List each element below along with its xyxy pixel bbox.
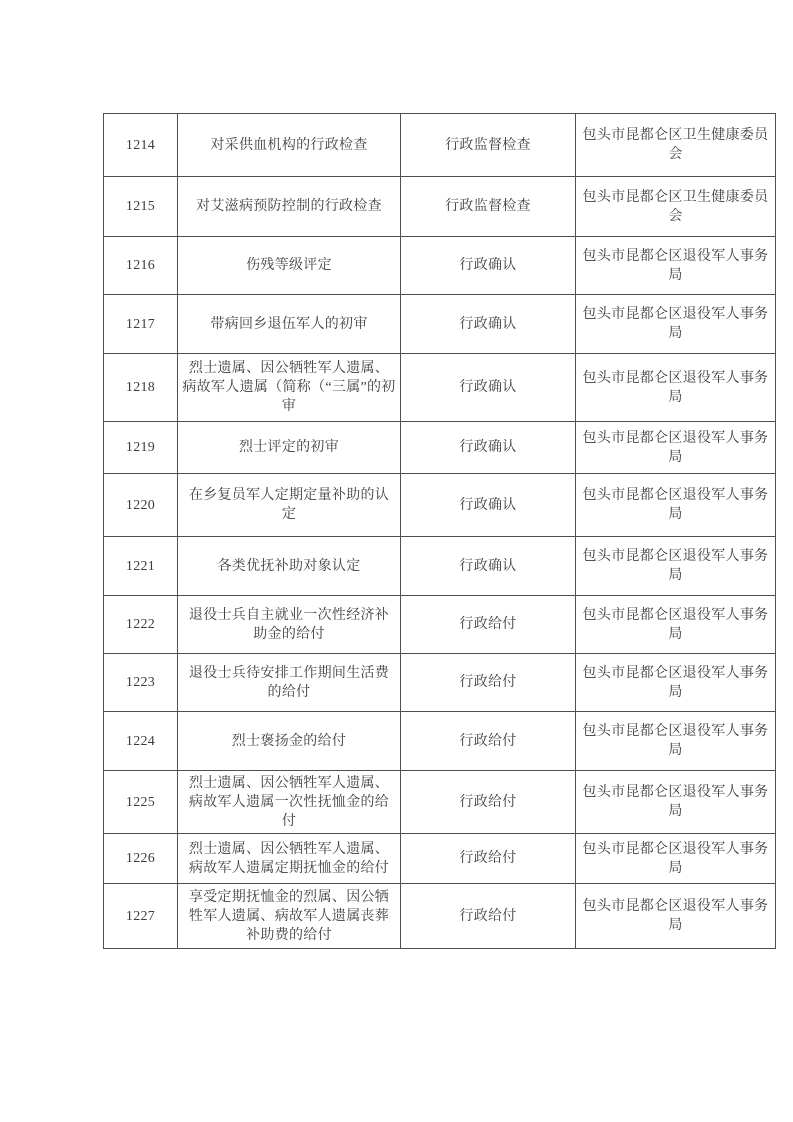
cell-item-type: 行政确认 [401,354,576,422]
cell-item-number: 1217 [104,295,178,354]
cell-implementing-agency: 包头市昆都仑区退役军人事务局 [576,537,776,596]
cell-item-type: 行政确认 [401,474,576,537]
cell-item-name: 烈士遗属、因公牺牲军人遗属、病故军人遗属（简称（“三属”的初审 [178,354,401,422]
cell-item-number: 1224 [104,712,178,771]
table-row: 1222退役士兵自主就业一次性经济补助金的给付行政给付包头市昆都仑区退役军人事务… [104,596,776,654]
cell-item-name: 对艾滋病预防控制的行政检查 [178,177,401,237]
cell-item-name: 退役士兵自主就业一次性经济补助金的给付 [178,596,401,654]
table-body: 1214对采供血机构的行政检查行政监督检查包头市昆都仑区卫生健康委员会1215对… [104,114,776,949]
administrative-items-table: 1214对采供血机构的行政检查行政监督检查包头市昆都仑区卫生健康委员会1215对… [103,113,776,949]
cell-item-type: 行政监督检查 [401,114,576,177]
cell-item-name: 对采供血机构的行政检查 [178,114,401,177]
cell-item-number: 1221 [104,537,178,596]
cell-implementing-agency: 包头市昆都仑区退役军人事务局 [576,354,776,422]
cell-implementing-agency: 包头市昆都仑区退役军人事务局 [576,712,776,771]
cell-item-type: 行政给付 [401,712,576,771]
table-row: 1216伤残等级评定行政确认包头市昆都仑区退役军人事务局 [104,237,776,295]
table-row: 1226烈士遗属、因公牺牲军人遗属、病故军人遗属定期抚恤金的给付行政给付包头市昆… [104,834,776,884]
table-row: 1223退役士兵待安排工作期间生活费的给付行政给付包头市昆都仑区退役军人事务局 [104,654,776,712]
cell-item-name: 伤残等级评定 [178,237,401,295]
cell-item-type: 行政确认 [401,237,576,295]
cell-item-number: 1222 [104,596,178,654]
table-row: 1225烈士遗属、因公牺牲军人遗属、病故军人遗属一次性抚恤金的给付行政给付包头市… [104,771,776,834]
table-row: 1227享受定期抚恤金的烈属、因公牺牲军人遗属、病故军人遗属丧葬补助费的给付行政… [104,884,776,949]
cell-item-type: 行政给付 [401,834,576,884]
cell-implementing-agency: 包头市昆都仑区退役军人事务局 [576,654,776,712]
cell-implementing-agency: 包头市昆都仑区退役军人事务局 [576,771,776,834]
cell-item-name: 退役士兵待安排工作期间生活费的给付 [178,654,401,712]
table-row: 1217带病回乡退伍军人的初审行政确认包头市昆都仑区退役军人事务局 [104,295,776,354]
cell-item-name: 在乡复员军人定期定量补助的认定 [178,474,401,537]
cell-item-number: 1216 [104,237,178,295]
cell-implementing-agency: 包头市昆都仑区退役军人事务局 [576,295,776,354]
cell-item-type: 行政监督检查 [401,177,576,237]
cell-item-name: 烈士褒扬金的给付 [178,712,401,771]
table-row: 1224烈士褒扬金的给付行政给付包头市昆都仑区退役军人事务局 [104,712,776,771]
cell-implementing-agency: 包头市昆都仑区退役军人事务局 [576,596,776,654]
cell-item-number: 1225 [104,771,178,834]
cell-item-name: 带病回乡退伍军人的初审 [178,295,401,354]
cell-item-name: 享受定期抚恤金的烈属、因公牺牲军人遗属、病故军人遗属丧葬补助费的给付 [178,884,401,949]
cell-item-number: 1219 [104,422,178,474]
cell-implementing-agency: 包头市昆都仑区退役军人事务局 [576,834,776,884]
cell-item-type: 行政给付 [401,884,576,949]
table-row: 1214对采供血机构的行政检查行政监督检查包头市昆都仑区卫生健康委员会 [104,114,776,177]
table-row: 1220在乡复员军人定期定量补助的认定行政确认包头市昆都仑区退役军人事务局 [104,474,776,537]
cell-item-name: 烈士遗属、因公牺牲军人遗属、病故军人遗属一次性抚恤金的给付 [178,771,401,834]
cell-item-number: 1214 [104,114,178,177]
cell-item-name: 烈士评定的初审 [178,422,401,474]
cell-item-number: 1227 [104,884,178,949]
cell-item-number: 1218 [104,354,178,422]
cell-implementing-agency: 包头市昆都仑区退役军人事务局 [576,237,776,295]
cell-item-type: 行政给付 [401,771,576,834]
cell-implementing-agency: 包头市昆都仑区退役军人事务局 [576,422,776,474]
document-page: 1214对采供血机构的行政检查行政监督检查包头市昆都仑区卫生健康委员会1215对… [0,0,793,1122]
table-row: 1219烈士评定的初审行政确认包头市昆都仑区退役军人事务局 [104,422,776,474]
table-row: 1218烈士遗属、因公牺牲军人遗属、病故军人遗属（简称（“三属”的初审行政确认包… [104,354,776,422]
cell-item-type: 行政确认 [401,537,576,596]
cell-item-type: 行政确认 [401,422,576,474]
cell-implementing-agency: 包头市昆都仑区退役军人事务局 [576,884,776,949]
cell-implementing-agency: 包头市昆都仑区退役军人事务局 [576,474,776,537]
cell-item-type: 行政给付 [401,654,576,712]
cell-item-name: 各类优抚补助对象认定 [178,537,401,596]
cell-item-number: 1226 [104,834,178,884]
cell-item-number: 1220 [104,474,178,537]
table-row: 1215对艾滋病预防控制的行政检查行政监督检查包头市昆都仑区卫生健康委员会 [104,177,776,237]
cell-item-name: 烈士遗属、因公牺牲军人遗属、病故军人遗属定期抚恤金的给付 [178,834,401,884]
table-row: 1221各类优抚补助对象认定行政确认包头市昆都仑区退役军人事务局 [104,537,776,596]
cell-item-number: 1215 [104,177,178,237]
cell-item-type: 行政确认 [401,295,576,354]
cell-item-number: 1223 [104,654,178,712]
cell-implementing-agency: 包头市昆都仑区卫生健康委员会 [576,177,776,237]
cell-item-type: 行政给付 [401,596,576,654]
cell-implementing-agency: 包头市昆都仑区卫生健康委员会 [576,114,776,177]
